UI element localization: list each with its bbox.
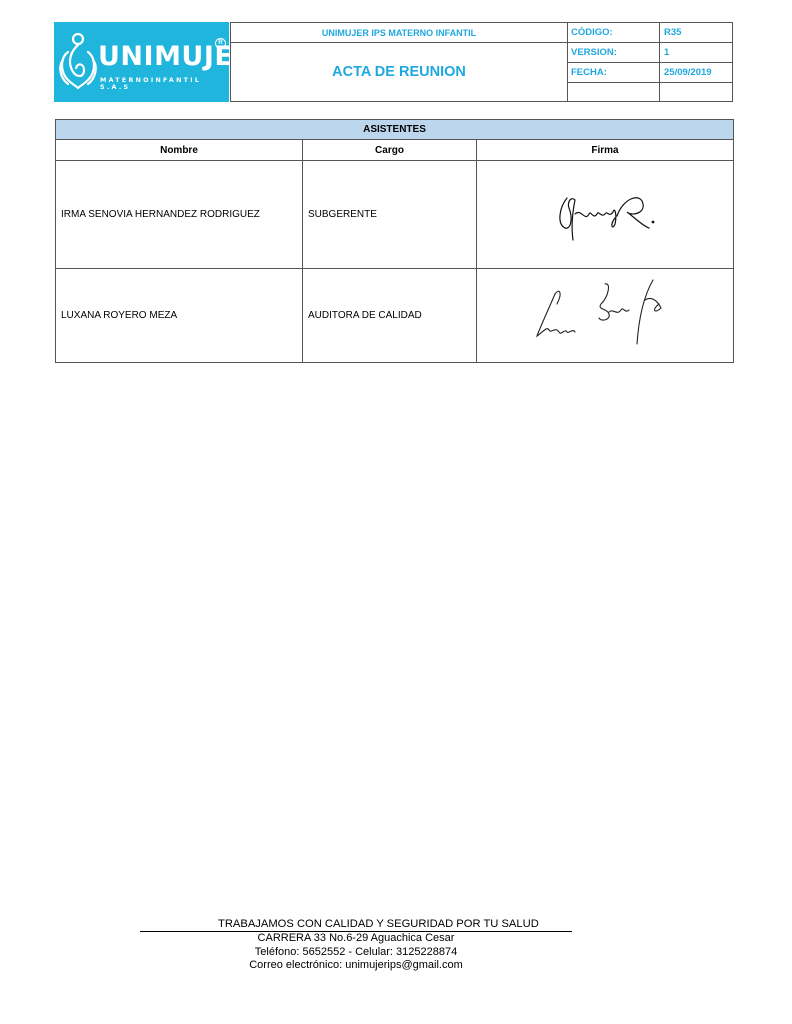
document-header-table: UNIMUJER IPS MATERNO INFANTIL ACTA DE RE… [230,22,733,102]
meta-value-version: 1 [664,47,669,58]
divider [567,82,732,83]
footer-slogan: TRABAJAMOS CON CALIDAD Y SEGURIDAD POR T… [140,918,572,932]
attendee-name: IRMA SENOVIA HERNANDEZ RODRIGUEZ [56,161,303,269]
meta-value-date: 25/09/2019 [664,67,712,78]
attendee-signature [477,269,734,363]
registered-mark-icon: R [215,38,226,49]
column-header-name: Nombre [56,140,303,161]
table-row: IRMA SENOVIA HERNANDEZ RODRIGUEZ SUBGERE… [56,161,734,269]
company-logo: UNIMUJER R MATERNOINFANTIL S.A.S [54,22,229,102]
meta-label-version: VERSION: [571,47,617,58]
footer-phones: Teléfono: 5652552 - Celular: 3125228874 [140,946,572,959]
attendee-signature [477,161,734,269]
meta-label-code: CÓDIGO: [571,27,613,38]
attendee-name: LUXANA ROYERO MEZA [56,269,303,363]
column-header-signature: Firma [477,140,734,161]
table-row: LUXANA ROYERO MEZA AUDITORA DE CALIDAD [56,269,734,363]
handwritten-signature-icon [545,178,665,248]
handwritten-signature-icon [525,274,685,354]
attendee-role: AUDITORA DE CALIDAD [303,269,477,363]
column-header-role: Cargo [303,140,477,161]
meta-label-date: FECHA: [571,67,607,78]
footer-address: CARRERA 33 No.6-29 Aguachica Cesar [140,932,572,945]
logo-subtitle: MATERNOINFANTIL S.A.S [100,77,229,91]
mother-child-logo-icon [54,22,100,102]
document-title: ACTA DE REUNION [231,43,567,102]
organization-name: UNIMUJER IPS MATERNO INFANTIL [231,23,567,43]
meta-value-code: R35 [664,27,681,38]
attendees-section-title: ASISTENTES [56,120,734,140]
page-footer: TRABAJAMOS CON CALIDAD Y SEGURIDAD POR T… [140,918,572,972]
divider [567,62,732,63]
attendee-role: SUBGERENTE [303,161,477,269]
footer-email: Correo electrónico: unimujerips@gmail.co… [140,959,572,972]
attendees-table: ASISTENTES Nombre Cargo Firma IRMA SENOV… [55,119,734,363]
